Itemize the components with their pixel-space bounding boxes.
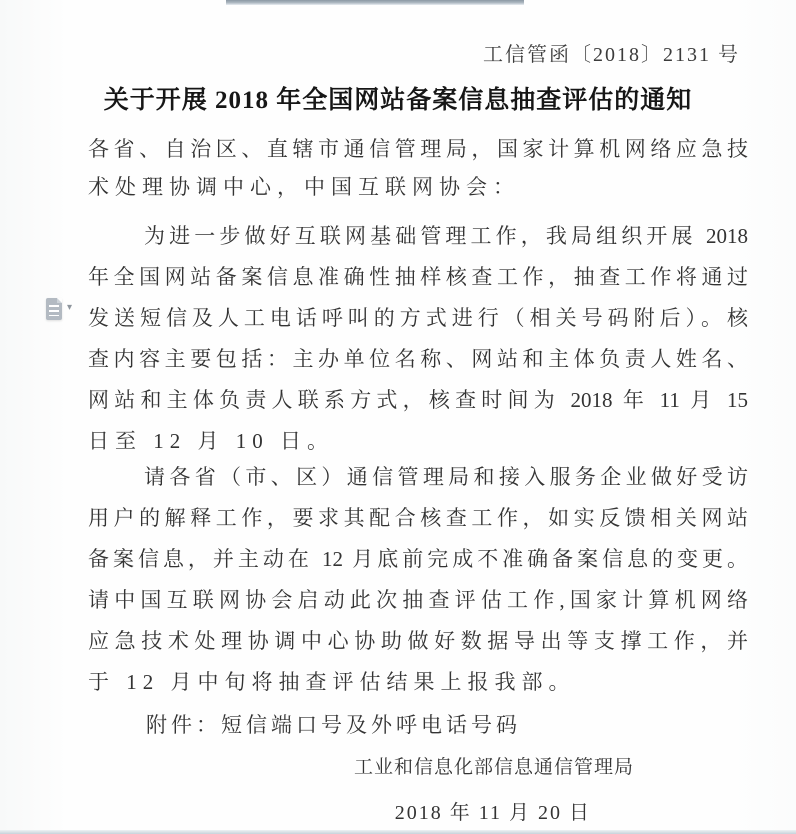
- document-page: 工信管函〔2018〕2131 号 关于开展 2018 年全国网站备案信息抽查评估…: [0, 0, 796, 834]
- body-line: 年全国网站备案信息准确性抽样核查工作，抽查工作将通过: [88, 257, 748, 298]
- dropdown-arrow-icon: ▾: [67, 298, 72, 318]
- body-line: 应急技术处理协调中心协助做好数据导出等支撑工作，并: [88, 621, 748, 662]
- salutation-line: 各省、自治区、直辖市通信管理局，国家计算机网络应急技: [88, 130, 748, 168]
- body-line: 备案信息，并主动在 12 月底前完成不准确备案信息的变更。: [88, 539, 748, 580]
- date-line: 2018 年 11 月 20 日: [0, 796, 796, 825]
- body-line: 用户的解释工作，要求其配合核查工作，如实反馈相关网站: [88, 498, 748, 539]
- attachment-line: 附件：短信端口号及外呼电话号码: [88, 705, 748, 746]
- body-line: 请各省（市、区）通信管理局和接入服务企业做好受访: [88, 457, 748, 498]
- body-line: 请中国互联网协会启动此次抽查评估工作,国家计算机网络: [88, 580, 748, 621]
- body-line: 为进一步做好互联网基础管理工作，我局组织开展 2018: [88, 216, 748, 257]
- salutation-block: 各省、自治区、直辖市通信管理局，国家计算机网络应急技 术处理协调中心，中国互联网…: [88, 130, 748, 206]
- body-line: 查内容主要包括：主办单位名称、网站和主体负责人姓名、: [88, 339, 748, 380]
- body-line: 发送短信及人工电话呼叫的方式进行（相关号码附后）。核: [88, 298, 748, 339]
- paragraph-2: 请各省（市、区）通信管理局和接入服务企业做好受访 用户的解释工作，要求其配合核查…: [88, 457, 748, 703]
- signer-line: 工业和信息化部信息通信管理局: [0, 752, 796, 779]
- body-line: 于 12 月中旬将抽查评估结果上报我部。: [88, 662, 748, 703]
- doc-number: 工信管函〔2018〕2131 号: [0, 38, 796, 67]
- salutation-line: 术处理协调中心，中国互联网协会：: [88, 168, 748, 206]
- body-line: 网站和主体负责人联系方式，核查时间为 2018 年 11 月 15: [88, 380, 748, 421]
- document-icon: [46, 298, 62, 320]
- bottom-edge-line: [0, 830, 796, 834]
- paragraph-1: 为进一步做好互联网基础管理工作，我局组织开展 2018 年全国网站备案信息准确性…: [88, 216, 748, 462]
- paste-options-button[interactable]: ▾: [46, 298, 72, 320]
- body-line: 日至 12 月 10 日。: [88, 421, 748, 462]
- page-title: 关于开展 2018 年全国网站备案信息抽查评估的通知: [0, 80, 796, 116]
- top-edge-artifact: [226, 0, 524, 5]
